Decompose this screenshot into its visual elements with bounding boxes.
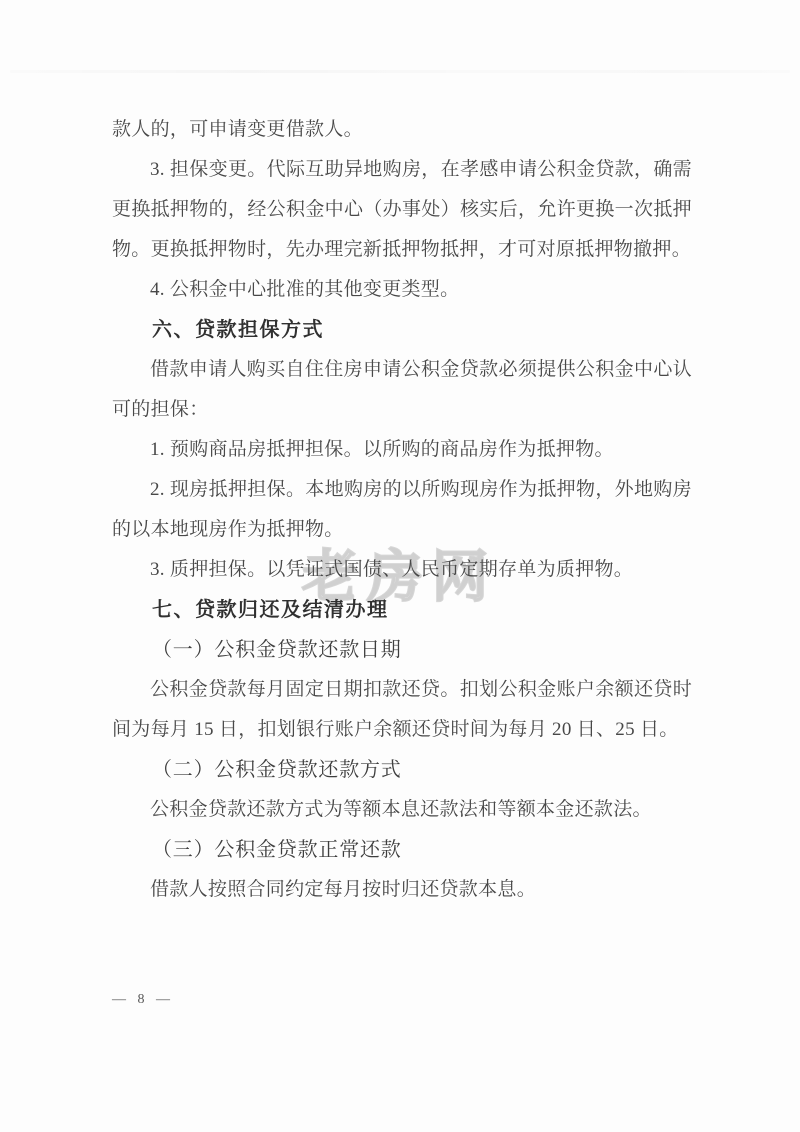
body-paragraph: 3. 担保变更。代际互助异地购房，在孝感申请公积金贷款，确需更换抵押物的，经公积… — [112, 150, 692, 270]
body-paragraph: 4. 公积金中心批准的其他变更类型。 — [112, 270, 692, 310]
section-heading: 六、贷款担保方式 — [112, 310, 692, 350]
subsection-heading: （一）公积金贷款还款日期 — [112, 630, 692, 670]
scan-noise-streak — [10, 70, 790, 73]
page-number: — 8 — — [112, 990, 174, 1010]
subsection-heading: （三）公积金贷款正常还款 — [112, 830, 692, 870]
body-paragraph: 1. 预购商品房抵押担保。以所购的商品房作为抵押物。 — [112, 430, 692, 470]
body-paragraph: 公积金贷款每月固定日期扣款还贷。扣划公积金账户余额还贷时间为每月 15 日，扣划… — [112, 670, 692, 750]
section-heading: 七、贷款归还及结清办理 — [112, 590, 692, 630]
body-paragraph: 借款人按照合同约定每月按时归还贷款本息。 — [112, 870, 692, 910]
document-page: 老房网 款人的，可申请变更借款人。3. 担保变更。代际互助异地购房，在孝感申请公… — [0, 0, 800, 1132]
subsection-heading: （二）公积金贷款还款方式 — [112, 750, 692, 790]
body-paragraph: 借款申请人购买自住住房申请公积金贷款必须提供公积金中心认可的担保： — [112, 350, 692, 430]
body-paragraph: 款人的，可申请变更借款人。 — [112, 110, 692, 150]
document-body: 款人的，可申请变更借款人。3. 担保变更。代际互助异地购房，在孝感申请公积金贷款… — [112, 110, 692, 910]
body-paragraph: 3. 质押担保。以凭证式国债、人民币定期存单为质押物。 — [112, 550, 692, 590]
body-paragraph: 2. 现房抵押担保。本地购房的以所购现房作为抵押物，外地购房的以本地现房作为抵押… — [112, 470, 692, 550]
body-paragraph: 公积金贷款还款方式为等额本息还款法和等额本金还款法。 — [112, 790, 692, 830]
